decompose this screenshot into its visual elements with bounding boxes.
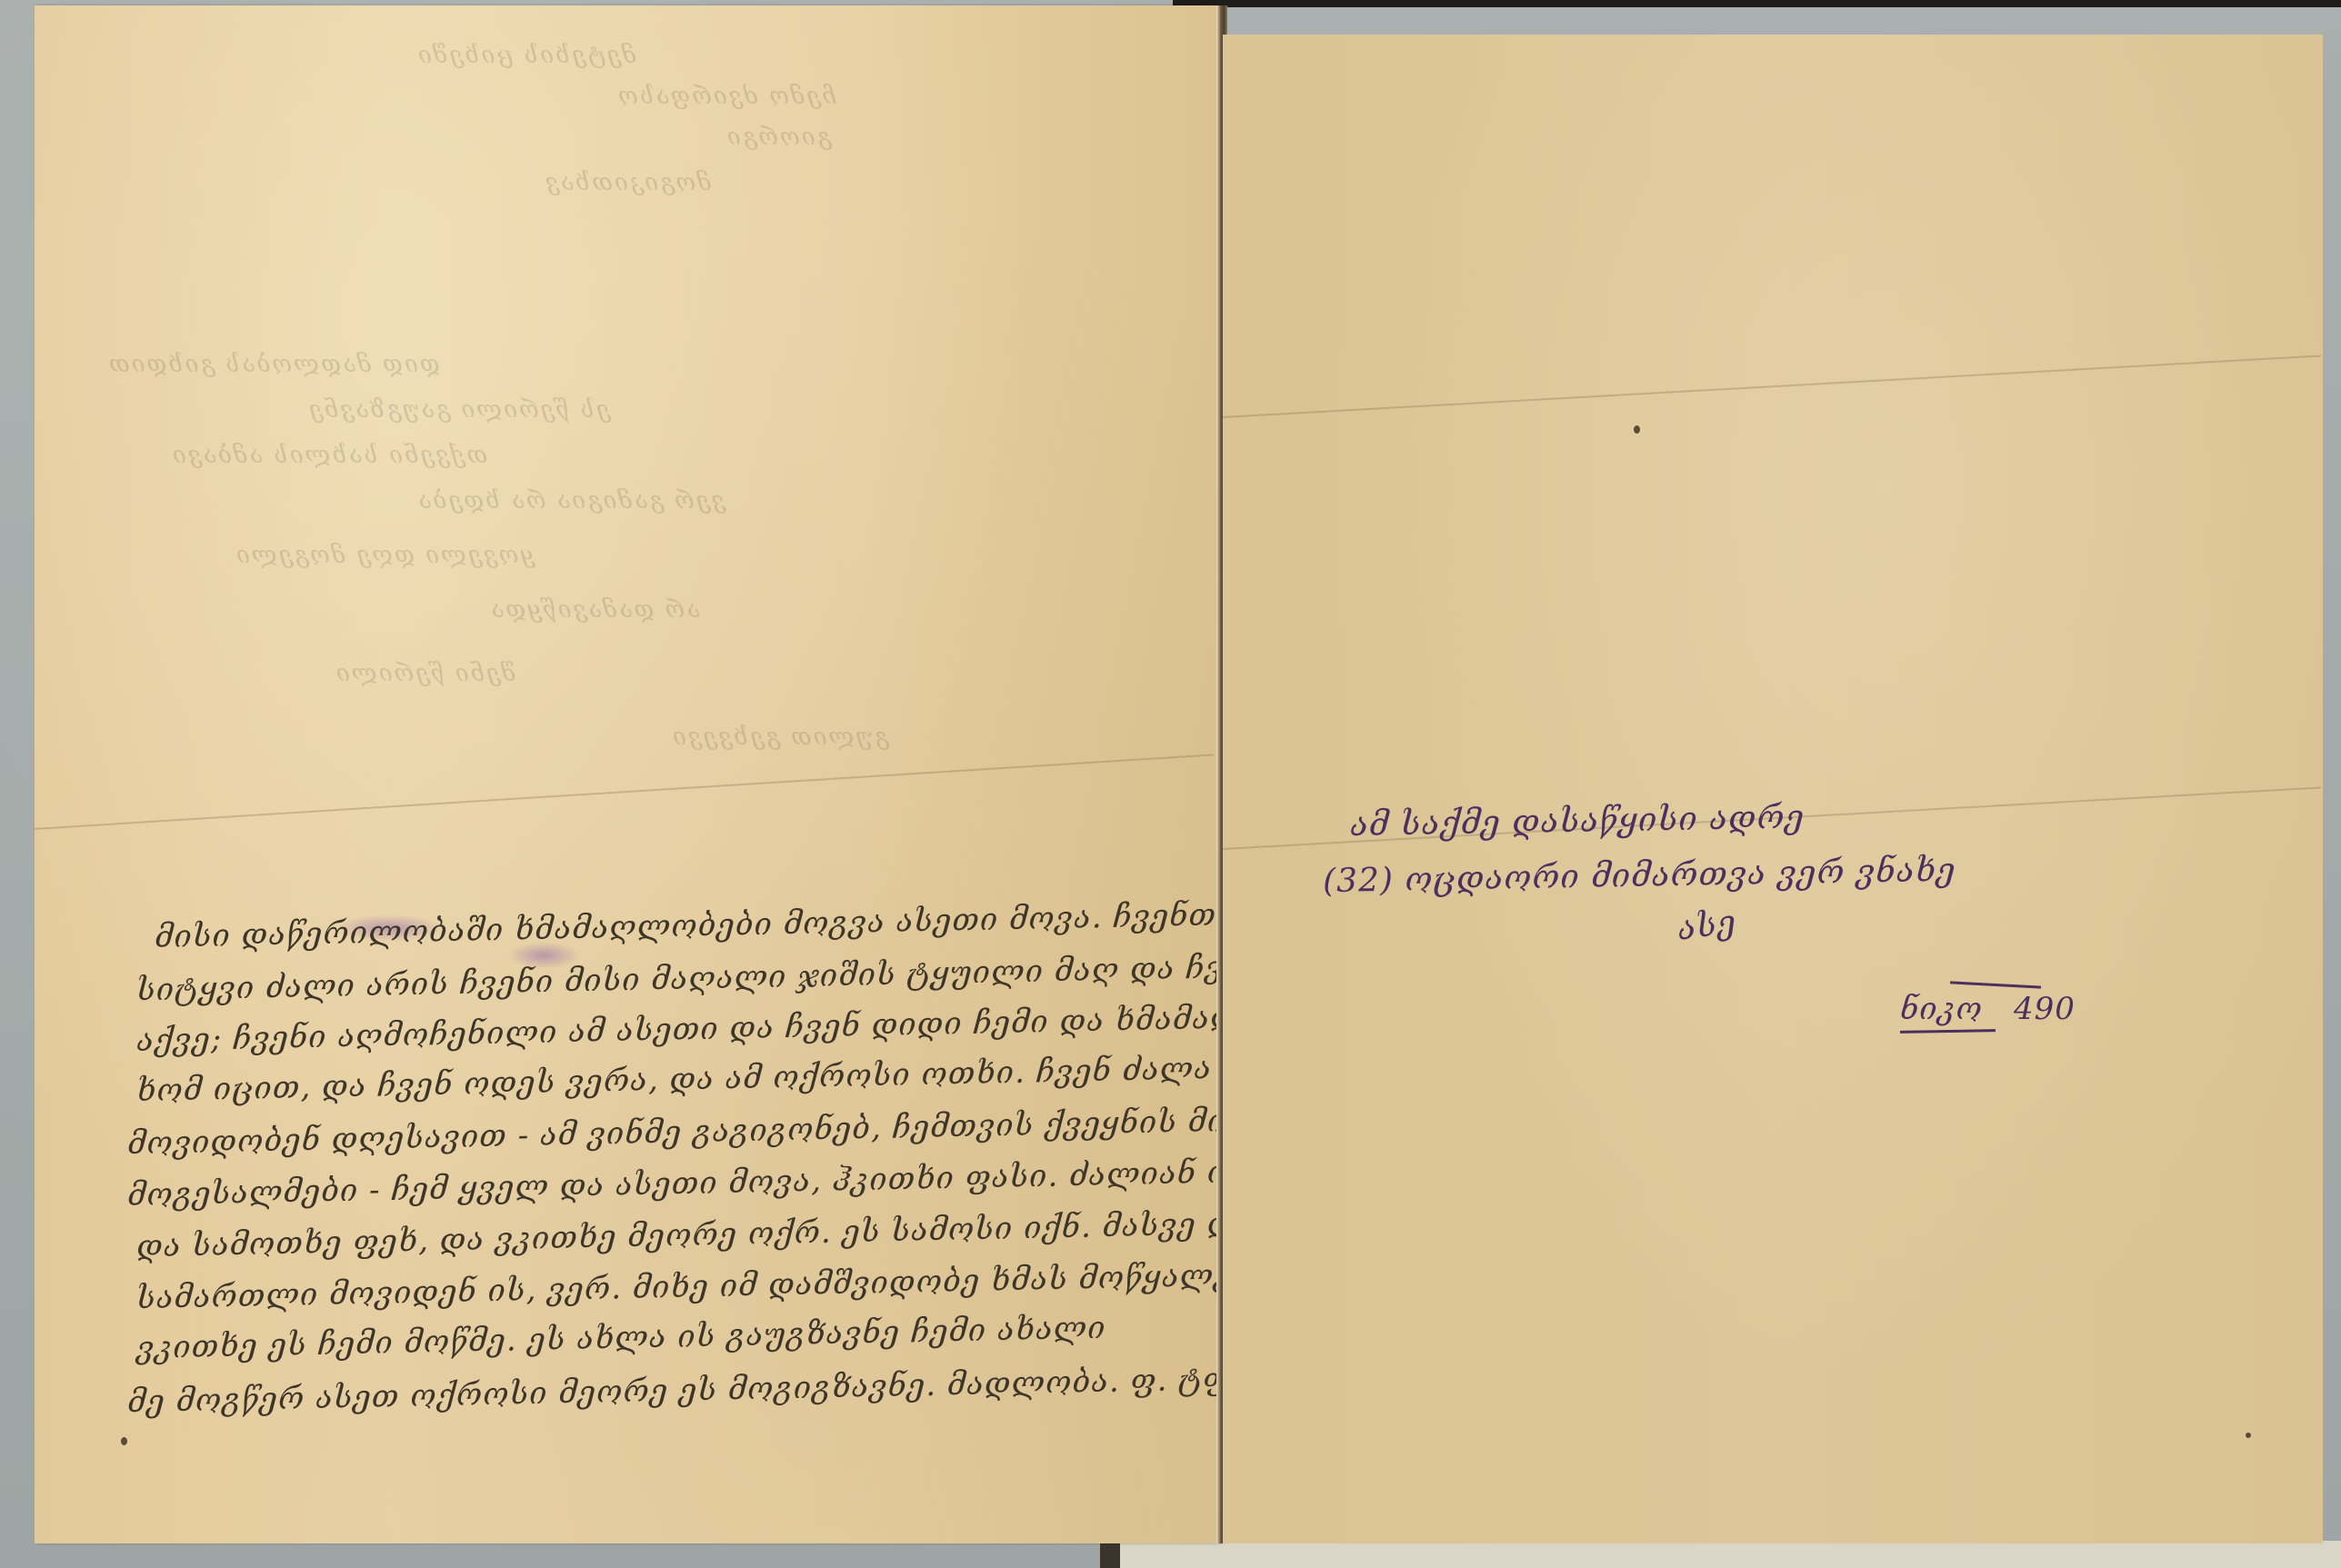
paper-spot [1634, 425, 1640, 434]
bleed-through-line: თქვენი სახლის ამბავი [171, 442, 487, 469]
bleed-through-line: ეს წერილი გაუგზავნე [307, 396, 610, 424]
letter-line: მე მოგწერ ასეთ ოქროსი მეორე ეს მოგიგზავნ… [127, 1360, 1221, 1421]
note-line: ასე [1675, 904, 1738, 949]
signature-overline [1950, 981, 2041, 988]
underlying-dark-edge [1100, 1541, 1120, 1568]
signature-number: 490 [2014, 991, 2076, 1027]
bleed-through-line: მოგიკითხავ [544, 169, 712, 196]
letter-line: ხომ იცით, და ჩვენ ოდეს ვერა, და ამ ოქროს… [136, 1049, 1221, 1109]
bleed-through-line: გულით გეხვევი [671, 724, 888, 751]
paper-spot [121, 1437, 127, 1445]
bleed-through-line: შენი წერილი [335, 660, 516, 687]
letter-line: მისი დაწერილობაში ხმამაღლობები მოგვა ასე… [155, 892, 1221, 955]
paper-spot [2246, 1433, 2251, 1438]
bleed-through-line: ყოველი დღე მოგელი [235, 542, 534, 569]
letter-line: და სამოთხე ფეხ, და ვკითხე მეორე ოქრ. ეს … [136, 1203, 1221, 1264]
letter-line: სამართლი მოვიდენ ის, ვერ. მიხე იმ დამშვი… [136, 1256, 1221, 1317]
signature-underline [1900, 1029, 1996, 1034]
bleed-through-line: დიდ მადლობას გიხდით [107, 351, 440, 378]
letter-line: ვკითხე ეს ჩემი მოწმე. ეს ახლა ის გაუგზავ… [136, 1310, 1106, 1366]
bleed-through-line: არ დამავიწყდა [489, 596, 700, 624]
paper-crease [35, 754, 1214, 830]
bleed-through-line: მეტეხის ციხეში [416, 42, 636, 69]
paper-crease [1223, 355, 2321, 418]
top-gray-strip [1223, 7, 2341, 35]
signature-name: ნიკო [1900, 991, 1983, 1027]
letter-line: მოვიდობენ დღესავით - ამ ვინმე გაგიგონებ,… [127, 1100, 1221, 1163]
signature-block: ნიკო 490 [1900, 980, 2118, 1044]
note-line: ამ საქმე დასაწყისი ადრე [1350, 799, 1806, 844]
letter-line: მოგესალმები - ჩემ ყველ და ასეთი მოვა, ჰკ… [127, 1152, 1221, 1213]
left-page: მეტეხის ციხეში ჩემო ძვირფასო გიორგი მოგი… [35, 5, 1221, 1543]
bleed-through-line: ვერ გამიგია რა ხდება [416, 487, 725, 514]
bleed-through-line: ჩემო ძვირფასო [616, 83, 836, 110]
note-line: (32) ოცდაორი მიმართვა ვერ ვნახე [1323, 852, 1956, 900]
bleed-through-line: გიორგი [725, 124, 831, 151]
right-page: ამ საქმე დასაწყისი ადრე (32) ოცდაორი მიმ… [1223, 35, 2323, 1543]
underlying-sheet [1118, 1541, 2341, 1568]
